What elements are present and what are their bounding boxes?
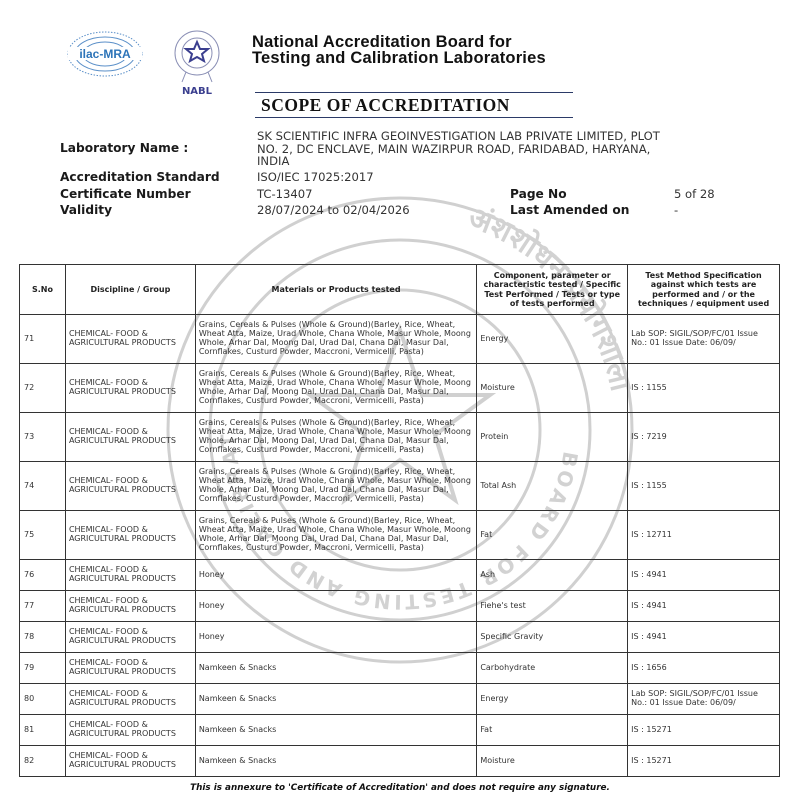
page-no-value: 5 of 28 (674, 187, 715, 201)
component-cell: Specific Gravity (477, 622, 628, 653)
last-amended-label: Last Amended on (510, 203, 629, 217)
footer-note: This is annexure to 'Certificate of Accr… (0, 783, 800, 793)
materials-cell: Grains, Cereals & Pulses (Whole & Ground… (195, 315, 477, 364)
component-cell: Total Ash (477, 462, 628, 511)
laboratory-name-label: Laboratory Name : (60, 141, 188, 155)
sno-cell: 80 (20, 684, 66, 715)
discipline-cell: CHEMICAL- FOOD & AGRICULTURAL PRODUCTS (65, 315, 195, 364)
header-materials: Materials or Products tested (195, 265, 477, 315)
discipline-cell: CHEMICAL- FOOD & AGRICULTURAL PRODUCTS (65, 622, 195, 653)
method-cell: Lab SOP: SIGIL/SOP/FC/01 Issue No.: 01 I… (628, 315, 780, 364)
discipline-cell: CHEMICAL- FOOD & AGRICULTURAL PRODUCTS (65, 653, 195, 684)
table-body: 71CHEMICAL- FOOD & AGRICULTURAL PRODUCTS… (20, 315, 780, 777)
sno-cell: 71 (20, 315, 66, 364)
method-cell: Lab SOP: SIGIL/SOP/FC/01 Issue No.: 01 I… (628, 684, 780, 715)
discipline-cell: CHEMICAL- FOOD & AGRICULTURAL PRODUCTS (65, 364, 195, 413)
sno-cell: 78 (20, 622, 66, 653)
component-cell: Protein (477, 413, 628, 462)
discipline-cell: CHEMICAL- FOOD & AGRICULTURAL PRODUCTS (65, 684, 195, 715)
method-cell: IS : 4941 (628, 591, 780, 622)
discipline-cell: CHEMICAL- FOOD & AGRICULTURAL PRODUCTS (65, 560, 195, 591)
scope-table: S.No Discipline / Group Materials or Pro… (19, 264, 780, 777)
sno-cell: 75 (20, 511, 66, 560)
method-cell: IS : 15271 (628, 715, 780, 746)
document-title-box: SCOPE OF ACCREDITATION (255, 92, 573, 118)
method-cell: IS : 1155 (628, 364, 780, 413)
component-cell: Energy (477, 315, 628, 364)
method-cell: IS : 4941 (628, 622, 780, 653)
component-cell: Carbohydrate (477, 653, 628, 684)
accreditation-standard-label: Accreditation Standard (60, 170, 220, 184)
table-row: 76CHEMICAL- FOOD & AGRICULTURAL PRODUCTS… (20, 560, 780, 591)
table-row: 74CHEMICAL- FOOD & AGRICULTURAL PRODUCTS… (20, 462, 780, 511)
materials-cell: Honey (195, 560, 477, 591)
materials-cell: Namkeen & Snacks (195, 684, 477, 715)
component-cell: Ash (477, 560, 628, 591)
component-cell: Moisture (477, 364, 628, 413)
materials-cell: Honey (195, 622, 477, 653)
method-cell: IS : 1155 (628, 462, 780, 511)
method-cell: IS : 1656 (628, 653, 780, 684)
method-cell: IS : 7219 (628, 413, 780, 462)
ilac-mra-logo-icon: ilac-MRA (66, 30, 144, 78)
nabl-logo-icon: NABL (162, 28, 232, 96)
materials-cell: Grains, Cereals & Pulses (Whole & Ground… (195, 364, 477, 413)
table-row: 72CHEMICAL- FOOD & AGRICULTURAL PRODUCTS… (20, 364, 780, 413)
discipline-cell: CHEMICAL- FOOD & AGRICULTURAL PRODUCTS (65, 746, 195, 777)
last-amended-value: - (674, 203, 678, 217)
header-discipline: Discipline / Group (65, 265, 195, 315)
table-row: 78CHEMICAL- FOOD & AGRICULTURAL PRODUCTS… (20, 622, 780, 653)
sno-cell: 82 (20, 746, 66, 777)
component-cell: Fiehe's test (477, 591, 628, 622)
header-sno: S.No (20, 265, 66, 315)
materials-cell: Namkeen & Snacks (195, 653, 477, 684)
method-cell: IS : 4941 (628, 560, 780, 591)
sno-cell: 73 (20, 413, 66, 462)
table-header-row: S.No Discipline / Group Materials or Pro… (20, 265, 780, 315)
materials-cell: Honey (195, 591, 477, 622)
laboratory-name-line-1: SK SCIENTIFIC INFRA GEOINVESTIGATION LAB… (257, 129, 660, 143)
discipline-cell: CHEMICAL- FOOD & AGRICULTURAL PRODUCTS (65, 511, 195, 560)
discipline-cell: CHEMICAL- FOOD & AGRICULTURAL PRODUCTS (65, 462, 195, 511)
discipline-cell: CHEMICAL- FOOD & AGRICULTURAL PRODUCTS (65, 413, 195, 462)
materials-cell: Namkeen & Snacks (195, 746, 477, 777)
table-row: 73CHEMICAL- FOOD & AGRICULTURAL PRODUCTS… (20, 413, 780, 462)
certificate-number-label: Certificate Number (60, 187, 191, 201)
page-no-label: Page No (510, 187, 567, 201)
method-cell: IS : 15271 (628, 746, 780, 777)
laboratory-name-line-2: NO. 2, DC ENCLAVE, MAIN WAZIRPUR ROAD, F… (257, 142, 650, 156)
header-method: Test Method Specification against which … (628, 265, 780, 315)
table-row: 82CHEMICAL- FOOD & AGRICULTURAL PRODUCTS… (20, 746, 780, 777)
component-cell: Energy (477, 684, 628, 715)
materials-cell: Grains, Cereals & Pulses (Whole & Ground… (195, 413, 477, 462)
accreditation-standard-value: ISO/IEC 17025:2017 (257, 170, 374, 184)
component-cell: Fat (477, 511, 628, 560)
table-row: 79CHEMICAL- FOOD & AGRICULTURAL PRODUCTS… (20, 653, 780, 684)
materials-cell: Grains, Cereals & Pulses (Whole & Ground… (195, 511, 477, 560)
table-row: 75CHEMICAL- FOOD & AGRICULTURAL PRODUCTS… (20, 511, 780, 560)
materials-cell: Namkeen & Snacks (195, 715, 477, 746)
certificate-number-value: TC-13407 (257, 187, 313, 201)
table-row: 81CHEMICAL- FOOD & AGRICULTURAL PRODUCTS… (20, 715, 780, 746)
table-row: 80CHEMICAL- FOOD & AGRICULTURAL PRODUCTS… (20, 684, 780, 715)
org-name-line-2: Testing and Calibration Laboratories (252, 50, 546, 66)
laboratory-name-line-3: INDIA (257, 154, 289, 168)
svg-text:ilac-MRA: ilac-MRA (79, 47, 131, 61)
validity-label: Validity (60, 203, 112, 217)
sno-cell: 79 (20, 653, 66, 684)
validity-value: 28/07/2024 to 02/04/2026 (257, 203, 410, 217)
discipline-cell: CHEMICAL- FOOD & AGRICULTURAL PRODUCTS (65, 591, 195, 622)
svg-text:NABL: NABL (182, 86, 213, 96)
table-row: 71CHEMICAL- FOOD & AGRICULTURAL PRODUCTS… (20, 315, 780, 364)
sno-cell: 81 (20, 715, 66, 746)
sno-cell: 74 (20, 462, 66, 511)
organization-name: National Accreditation Board for Testing… (252, 34, 546, 66)
discipline-cell: CHEMICAL- FOOD & AGRICULTURAL PRODUCTS (65, 715, 195, 746)
header-component: Component, parameter or characteristic t… (477, 265, 628, 315)
sno-cell: 76 (20, 560, 66, 591)
component-cell: Fat (477, 715, 628, 746)
sno-cell: 77 (20, 591, 66, 622)
sno-cell: 72 (20, 364, 66, 413)
component-cell: Moisture (477, 746, 628, 777)
table-row: 77CHEMICAL- FOOD & AGRICULTURAL PRODUCTS… (20, 591, 780, 622)
method-cell: IS : 12711 (628, 511, 780, 560)
org-name-line-1: National Accreditation Board for (252, 34, 546, 50)
materials-cell: Grains, Cereals & Pulses (Whole & Ground… (195, 462, 477, 511)
document-title: SCOPE OF ACCREDITATION (255, 95, 573, 116)
